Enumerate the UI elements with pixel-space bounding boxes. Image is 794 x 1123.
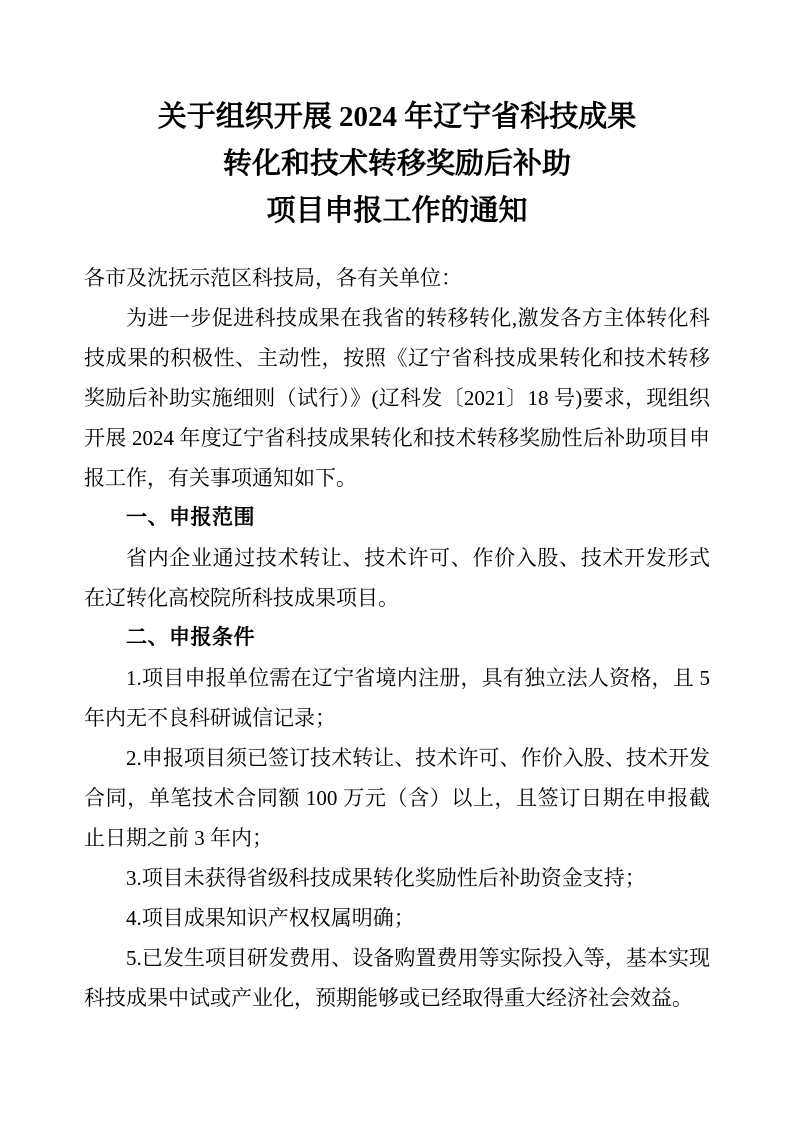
title-line-3: 项目申报工作的通知: [84, 188, 710, 235]
section-heading-application-conditions: 二、申报条件: [84, 618, 710, 658]
document-body: 各市及沈抚示范区科技局，各有关单位： 为进一步促进科技成果在我省的转移转化,激发…: [84, 258, 710, 1018]
document-page: 关于组织开展 2024 年辽宁省科技成果 转化和技术转移奖励后补助 项目申报工作…: [0, 0, 794, 1123]
paragraph-scope: 省内企业通过技术转让、技术许可、作价入股、技术开发形式在辽转化高校院所科技成果项…: [84, 538, 710, 618]
document-title: 关于组织开展 2024 年辽宁省科技成果 转化和技术转移奖励后补助 项目申报工作…: [84, 94, 710, 235]
condition-item-1: 1.项目申报单位需在辽宁省境内注册，具有独立法人资格，且 5 年内无不良科研诚信…: [84, 658, 710, 738]
section-heading-application-scope: 一、申报范围: [84, 498, 710, 538]
condition-item-2: 2.申报项目须已签订技术转让、技术许可、作价入股、技术开发合同，单笔技术合同额 …: [84, 738, 710, 858]
salutation-line: 各市及沈抚示范区科技局，各有关单位：: [84, 258, 710, 298]
condition-item-3: 3.项目未获得省级科技成果转化奖励性后补助资金支持；: [84, 858, 710, 898]
condition-item-4: 4.项目成果知识产权权属明确；: [84, 898, 710, 938]
title-line-2: 转化和技术转移奖励后补助: [84, 141, 710, 188]
title-line-1: 关于组织开展 2024 年辽宁省科技成果: [84, 94, 710, 141]
condition-item-5: 5.已发生项目研发费用、设备购置费用等实际投入等，基本实现科技成果中试或产业化，…: [84, 938, 710, 1018]
paragraph-intro: 为进一步促进科技成果在我省的转移转化,激发各方主体转化科技成果的积极性、主动性，…: [84, 298, 710, 498]
